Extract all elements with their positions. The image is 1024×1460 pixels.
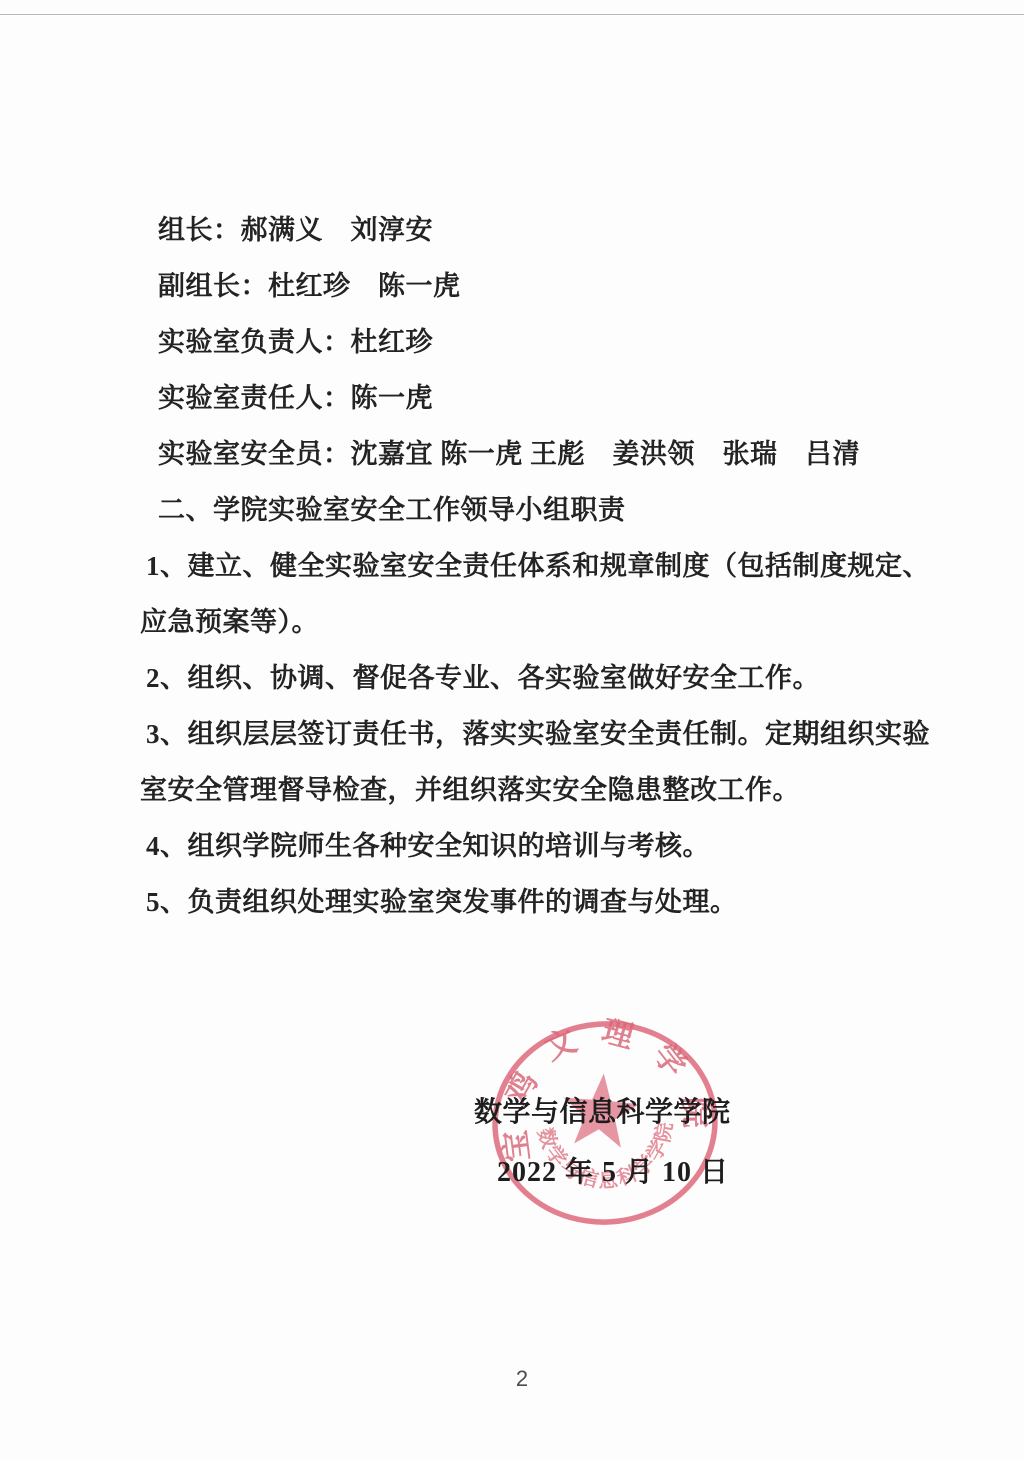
- line-group-leader: 组长：郝满义 刘淳安: [0, 202, 1024, 258]
- heading-section-two: 二、学院实验室安全工作领导小组职责: [0, 482, 1024, 538]
- duty-item-1: 1、建立、健全实验室安全责任体系和规章制度（包括制度规定、: [0, 538, 1024, 594]
- line-lab-safety-officers: 实验室安全员：沈嘉宜 陈一虎 王彪 姜洪领 张瑞 吕清: [0, 426, 1024, 482]
- scan-edge-line: [0, 14, 1024, 15]
- duty-item-4: 4、组织学院师生各种安全知识的培训与考核。: [0, 818, 1024, 874]
- signature-org: 数学与信息科学学院: [474, 1097, 731, 1129]
- duty-item-5: 5、负责组织处理实验室突发事件的调查与处理。: [0, 874, 1024, 930]
- duty-item-3-continued: 室安全管理督导检查，并组织落实安全隐患整改工作。: [0, 762, 1024, 818]
- line-deputy-leader: 副组长：杜红珍 陈一虎: [0, 258, 1024, 314]
- duty-item-3: 3、组织层层签订责任书，落实实验室安全责任制。定期组织实验: [0, 706, 1024, 762]
- line-lab-head: 实验室负责人：杜红珍: [0, 314, 1024, 370]
- duty-item-1-continued: 应急预案等）。: [0, 594, 1024, 650]
- duty-item-2: 2、组织、协调、督促各专业、各实验室做好安全工作。: [0, 650, 1024, 706]
- line-lab-responsible: 实验室责任人：陈一虎: [0, 370, 1024, 426]
- signature-date: 2022 年 5 月 10 日: [497, 1157, 729, 1189]
- document-body: 组长：郝满义 刘淳安 副组长：杜红珍 陈一虎 实验室负责人：杜红珍 实验室责任人…: [0, 202, 1024, 930]
- document-page: 组长：郝满义 刘淳安 副组长：杜红珍 陈一虎 实验室负责人：杜红珍 实验室责任人…: [0, 0, 1024, 1460]
- page-number: 2: [462, 1366, 582, 1392]
